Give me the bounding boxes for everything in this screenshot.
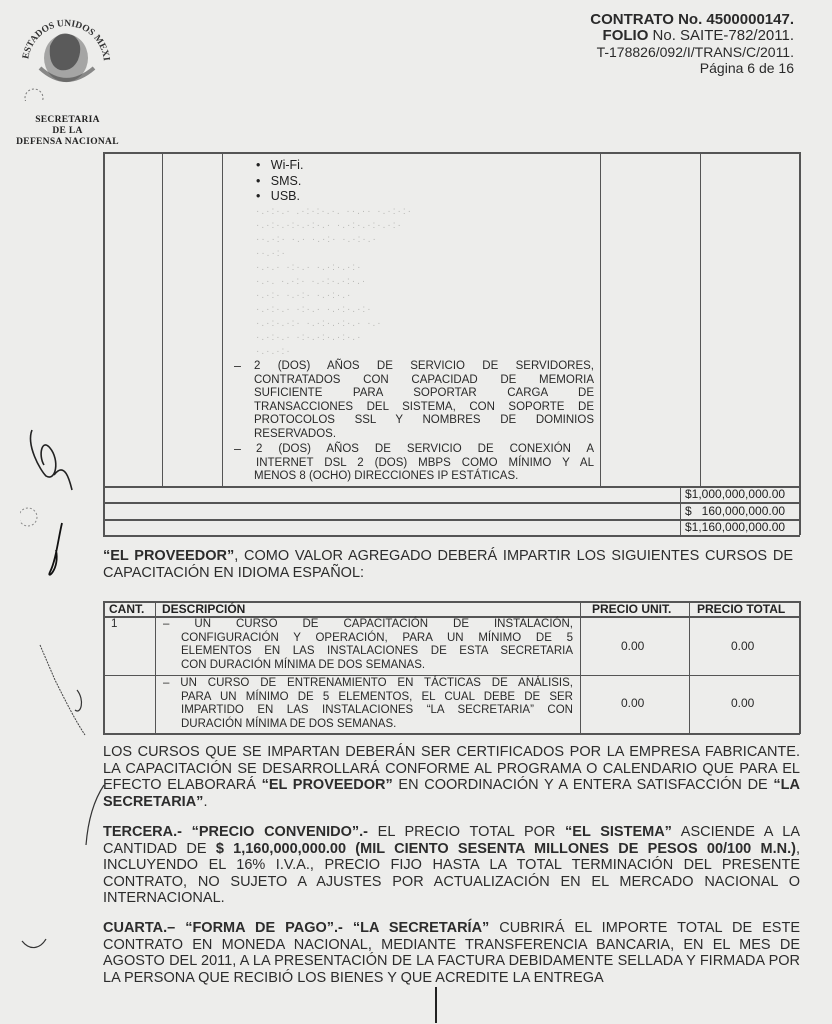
- bullet-item: • USB.: [256, 189, 300, 203]
- folio-label: FOLIO: [603, 27, 649, 44]
- header-precio-unit: PRECIO UNIT.: [592, 602, 671, 616]
- row-2-unit-price: 0.00: [621, 697, 644, 711]
- total-amount: $1,160,000,000.00: [685, 520, 785, 534]
- department-name: SECRETARIA DE LA DEFENSA NACIONAL: [0, 115, 135, 148]
- clause-cuarta: CUARTA.– “FORMA DE PAGO”.- “LA SECRETARÍ…: [103, 920, 800, 986]
- bullet-item: • Wi-Fi.: [256, 158, 303, 172]
- dept-line-2: DE LA: [0, 126, 135, 137]
- column-divider: [222, 152, 223, 486]
- column-divider: [155, 601, 156, 734]
- column-divider: [600, 152, 601, 486]
- table-border: [799, 601, 801, 734]
- contract-number: CONTRATO No. 4500000147.: [590, 12, 794, 28]
- row-2-total-price: 0.00: [731, 697, 754, 711]
- row-divider: [103, 675, 800, 676]
- row-divider: [103, 535, 800, 537]
- table-border: [103, 152, 800, 154]
- dept-line-3: DEFENSA NACIONAL: [0, 137, 135, 148]
- dash-icon: –: [234, 443, 241, 457]
- bullet-item: • SMS.: [256, 174, 301, 188]
- row-1-unit-price: 0.00: [621, 640, 644, 654]
- folio-value: No. SAITE-782/2011.: [653, 27, 794, 44]
- subtotal-amount: $1,000,000,000.00: [685, 487, 785, 501]
- header-descripcion: DESCRIPCIÓN: [162, 602, 245, 616]
- column-divider: [680, 486, 681, 535]
- dash-icon: –: [234, 360, 241, 374]
- row-1-description: – UN CURSO DE CAPACITACIÓN DE INSTALACIÓ…: [163, 618, 573, 672]
- column-divider: [689, 601, 690, 734]
- page-number: Página 6 de 16: [700, 60, 794, 76]
- margin-initial-icon: [35, 640, 95, 750]
- table-border: [103, 152, 105, 535]
- column-divider: [162, 152, 163, 486]
- column-divider: [700, 152, 701, 486]
- courses-certification-paragraph: LOS CURSOS QUE SE IMPARTAN DEBERÁN SER C…: [103, 744, 800, 810]
- reference-code: T-178826/092/I/TRANS/C/2011.: [597, 44, 794, 60]
- iva-amount: $ 160,000,000.00: [685, 504, 785, 518]
- column-divider: [580, 601, 581, 734]
- margin-bracket-icon: [80, 780, 110, 850]
- folio-number: FOLIO No. SAITE-782/2011.: [603, 28, 794, 44]
- table-border: [103, 601, 105, 734]
- row-1-total-price: 0.00: [731, 640, 754, 654]
- row-1-cant: 1: [111, 618, 117, 632]
- dept-line-1: SECRETARIA: [0, 115, 135, 126]
- internet-service-description: 2 (DOS) AÑOS DE SERVICIO DE CONEXIÓN A I…: [256, 443, 594, 484]
- national-seal-icon: ESTADOS UNIDOS MEXICANOS: [14, 6, 114, 101]
- margin-signature-icon: [20, 420, 80, 580]
- table-border: [103, 733, 800, 735]
- header-cant: CANT.: [109, 602, 144, 616]
- row-2-description: – UN CURSO DE ENTRENAMIENTO EN TÁCTICAS …: [163, 677, 573, 731]
- margin-mark-icon: [20, 935, 50, 955]
- table-border: [799, 152, 801, 535]
- training-intro: “EL PROVEEDOR”, COMO VALOR AGREGADO DEBE…: [103, 548, 793, 581]
- faded-redacted-text: ·.·:·.· .·:·:·.·. ··.·· ·.·:·:··.·:·.·:·…: [256, 205, 586, 359]
- center-mark-icon: [428, 985, 444, 1024]
- server-service-description: 2 (DOS) AÑOS DE SERVICIO DE SERVIDORES, …: [254, 360, 594, 442]
- header-precio-total: PRECIO TOTAL: [697, 602, 785, 616]
- clause-tercera: TERCERA.- “PRECIO CONVENIDO”.- EL PRECIO…: [103, 824, 800, 907]
